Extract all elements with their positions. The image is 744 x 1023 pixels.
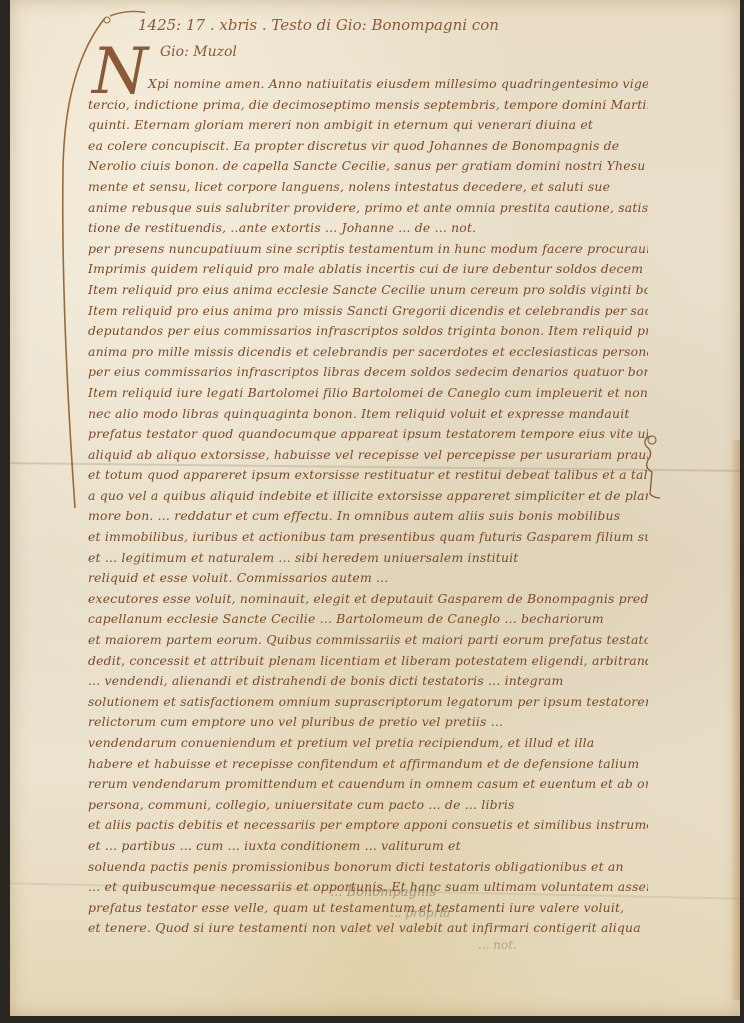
text-line: Item reliquid iure legati Bartolomei fil… <box>88 383 648 404</box>
document-heading: 1425: 17 . xbris . Testo di Gio: Bonompa… <box>138 16 499 34</box>
background-edge <box>0 1016 744 1023</box>
margin-bracket-icon <box>640 432 670 502</box>
text-line: solutionem et satisfactionem omnium supr… <box>88 692 648 713</box>
text-line: habere et habuisse et recepisse confiten… <box>88 754 648 775</box>
text-line: aliquid ab aliquo extorsisse, habuisse v… <box>88 445 648 466</box>
text-line: quinti. Eternam gloriam mereri non ambig… <box>88 115 648 136</box>
manuscript-text: Xpi nomine amen. Anno natiuitatis eiusde… <box>88 74 648 939</box>
text-line: ea colere concupiscit. Ea propter discre… <box>88 136 648 157</box>
text-line: et ... legitimum et naturalem ... sibi h… <box>88 548 648 569</box>
text-line: Xpi nomine amen. Anno natiuitatis eiusde… <box>88 74 648 95</box>
text-line: soluenda pactis penis promissionibus bon… <box>88 857 648 878</box>
text-line: et maiorem partem eorum. Quibus commissa… <box>88 630 648 651</box>
text-line: prefatus testator esse velle, quam ut te… <box>88 898 648 919</box>
text-line: a quo vel a quibus aliquid indebite et i… <box>88 486 648 507</box>
text-line: persona, communi, collegio, uniuersitate… <box>88 795 648 816</box>
text-line: more bon. ... reddatur et cum effectu. I… <box>88 506 648 527</box>
text-line: capellanum ecclesie Sancte Cecilie ... B… <box>88 609 648 630</box>
text-line: deputandos per eius commissarios infrasc… <box>88 321 648 342</box>
faded-signature: ... propria <box>390 906 450 920</box>
text-line: per presens nuncupatiuum sine scriptis t… <box>88 239 648 260</box>
text-line: Item reliquid pro eius anima pro missis … <box>88 301 648 322</box>
text-line: ... vendendi, alienandi et distrahendi d… <box>88 671 648 692</box>
text-line: et tenere. Quod si iure testamenti non v… <box>88 918 648 939</box>
text-line: et immobilibus, iuribus et actionibus ta… <box>88 527 648 548</box>
text-line: tione de restituendis, ..ante extortis .… <box>88 218 648 239</box>
text-line: mente et sensu, licet corpore languens, … <box>88 177 648 198</box>
text-line: anima pro mille missis dicendis et celeb… <box>88 342 648 363</box>
document-subheading: Gio: Muzol <box>160 44 237 60</box>
text-line: vendendarum conueniendum et pretium vel … <box>88 733 648 754</box>
text-line: prefatus testator quod quandocumque appa… <box>88 424 648 445</box>
text-line: Imprimis quidem reliquid pro male ablati… <box>88 259 648 280</box>
text-line: Item reliquid pro eius anima ecclesie Sa… <box>88 280 648 301</box>
text-line: et ... partibus ... cum ... iuxta condit… <box>88 836 648 857</box>
text-line: et aliis pactis debitis et necessariis p… <box>88 815 648 836</box>
text-line: reliquid et esse voluit. Commissarios au… <box>88 568 648 589</box>
parchment-edge-stain <box>730 440 740 1000</box>
text-line: per eius commissarios infrascriptos libr… <box>88 362 648 383</box>
text-line: et totum quod appareret ipsum extorsisse… <box>88 465 648 486</box>
text-line: tercio, indictione prima, die decimosept… <box>88 95 648 116</box>
text-line: relictorum cum emptore uno vel pluribus … <box>88 712 648 733</box>
text-line: nec alio modo libras quinquaginta bonon.… <box>88 404 648 425</box>
text-line: Nerolio ciuis bonon. de capella Sancte C… <box>88 156 648 177</box>
text-line: rerum vendendarum promittendum et cauend… <box>88 774 648 795</box>
faded-signature: ... not. <box>478 938 517 952</box>
faded-signature: ... Bonompagnis <box>330 885 436 900</box>
text-line: anime rebusque suis salubriter providere… <box>88 198 648 219</box>
text-line: dedit, concessit et attribuit plenam lic… <box>88 651 648 672</box>
text-line: executores esse voluit, nominauit, elegi… <box>88 589 648 610</box>
